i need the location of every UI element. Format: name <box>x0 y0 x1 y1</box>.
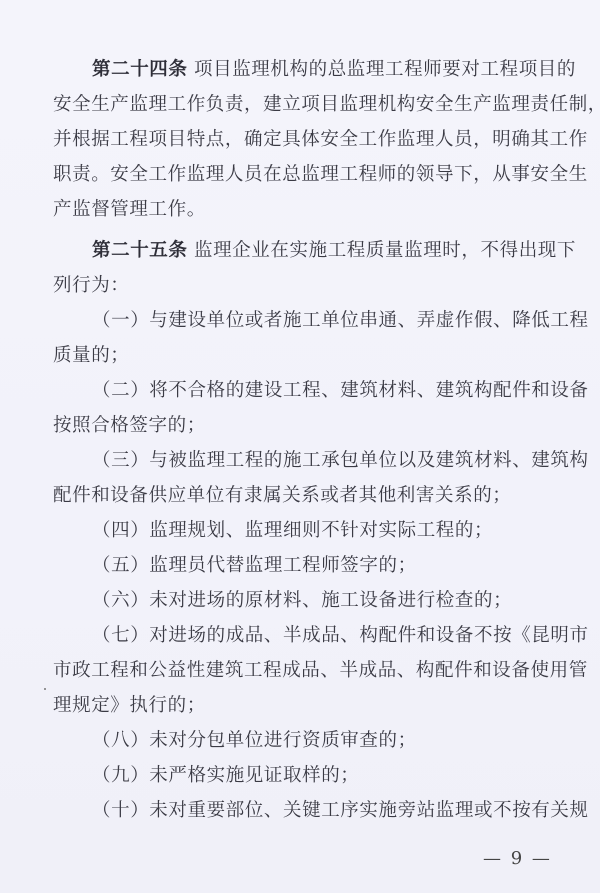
article-24-line-4: 职责。安全工作监理人员在总监理工程师的领导下，从事安全生 <box>53 160 573 190</box>
document-page: 第二十四条 项目监理机构的总监理工程师要对工程项目的 安全生产监理工作负责，建立… <box>0 0 600 893</box>
article-25-line-2: 列行为： <box>53 271 573 301</box>
item-1-line-2: 质量的； <box>53 341 573 371</box>
article-24-heading: 第二十四条 <box>92 59 188 80</box>
item-2-line-2: 按照合格签字的； <box>53 411 573 441</box>
item-5: （五）监理员代替监理工程师签字的； <box>92 551 600 581</box>
item-7-line-3: 理规定》执行的； <box>53 691 573 721</box>
article-25-heading: 第二十五条 <box>92 240 188 261</box>
scan-speck <box>44 688 46 690</box>
article-24-line-1: 第二十四条 项目监理机构的总监理工程师要对工程项目的 <box>92 55 600 85</box>
item-8: （八）未对分包单位进行资质审查的； <box>92 726 600 756</box>
item-7-line-2: 市政工程和公益性建筑工程成品、半成品、构配件和设备使用管 <box>53 656 573 686</box>
item-7-line-1: （七）对进场的成品、半成品、构配件和设备不按《昆明市 <box>92 621 600 651</box>
item-3-line-2: 配件和设备供应单位有隶属关系或者其他利害关系的； <box>53 481 573 511</box>
article-24-line-5: 产监督管理工作。 <box>53 195 573 225</box>
item-4: （四）监理规划、监理细则不针对实际工程的； <box>92 516 600 546</box>
article-24-line-3: 并根据工程项目特点，确定具体安全工作监理人员，明确其工作 <box>53 125 573 155</box>
item-3-line-1: （三）与被监理工程的施工承包单位以及建筑材料、建筑构 <box>92 446 600 476</box>
item-1-line-1: （一）与建设单位或者施工单位串通、弄虚作假、降低工程 <box>92 306 600 336</box>
item-2-line-1: （二）将不合格的建设工程、建筑材料、建筑构配件和设备 <box>92 376 600 406</box>
item-10-line-1: （十）未对重要部位、关键工序实施旁站监理或不按有关规 <box>92 796 600 826</box>
article-24-line-2: 安全生产监理工作负责，建立项目监理机构安全生产监理责任制， <box>53 90 573 120</box>
article-25-line-1: 第二十五条 监理企业在实施工程质量监理时，不得出现下 <box>92 236 600 266</box>
item-6: （六）未对进场的原材料、施工设备进行检查的； <box>92 586 600 616</box>
item-9: （九）未严格实施见证取样的； <box>92 761 600 791</box>
page-number: — 9 — <box>483 848 552 869</box>
